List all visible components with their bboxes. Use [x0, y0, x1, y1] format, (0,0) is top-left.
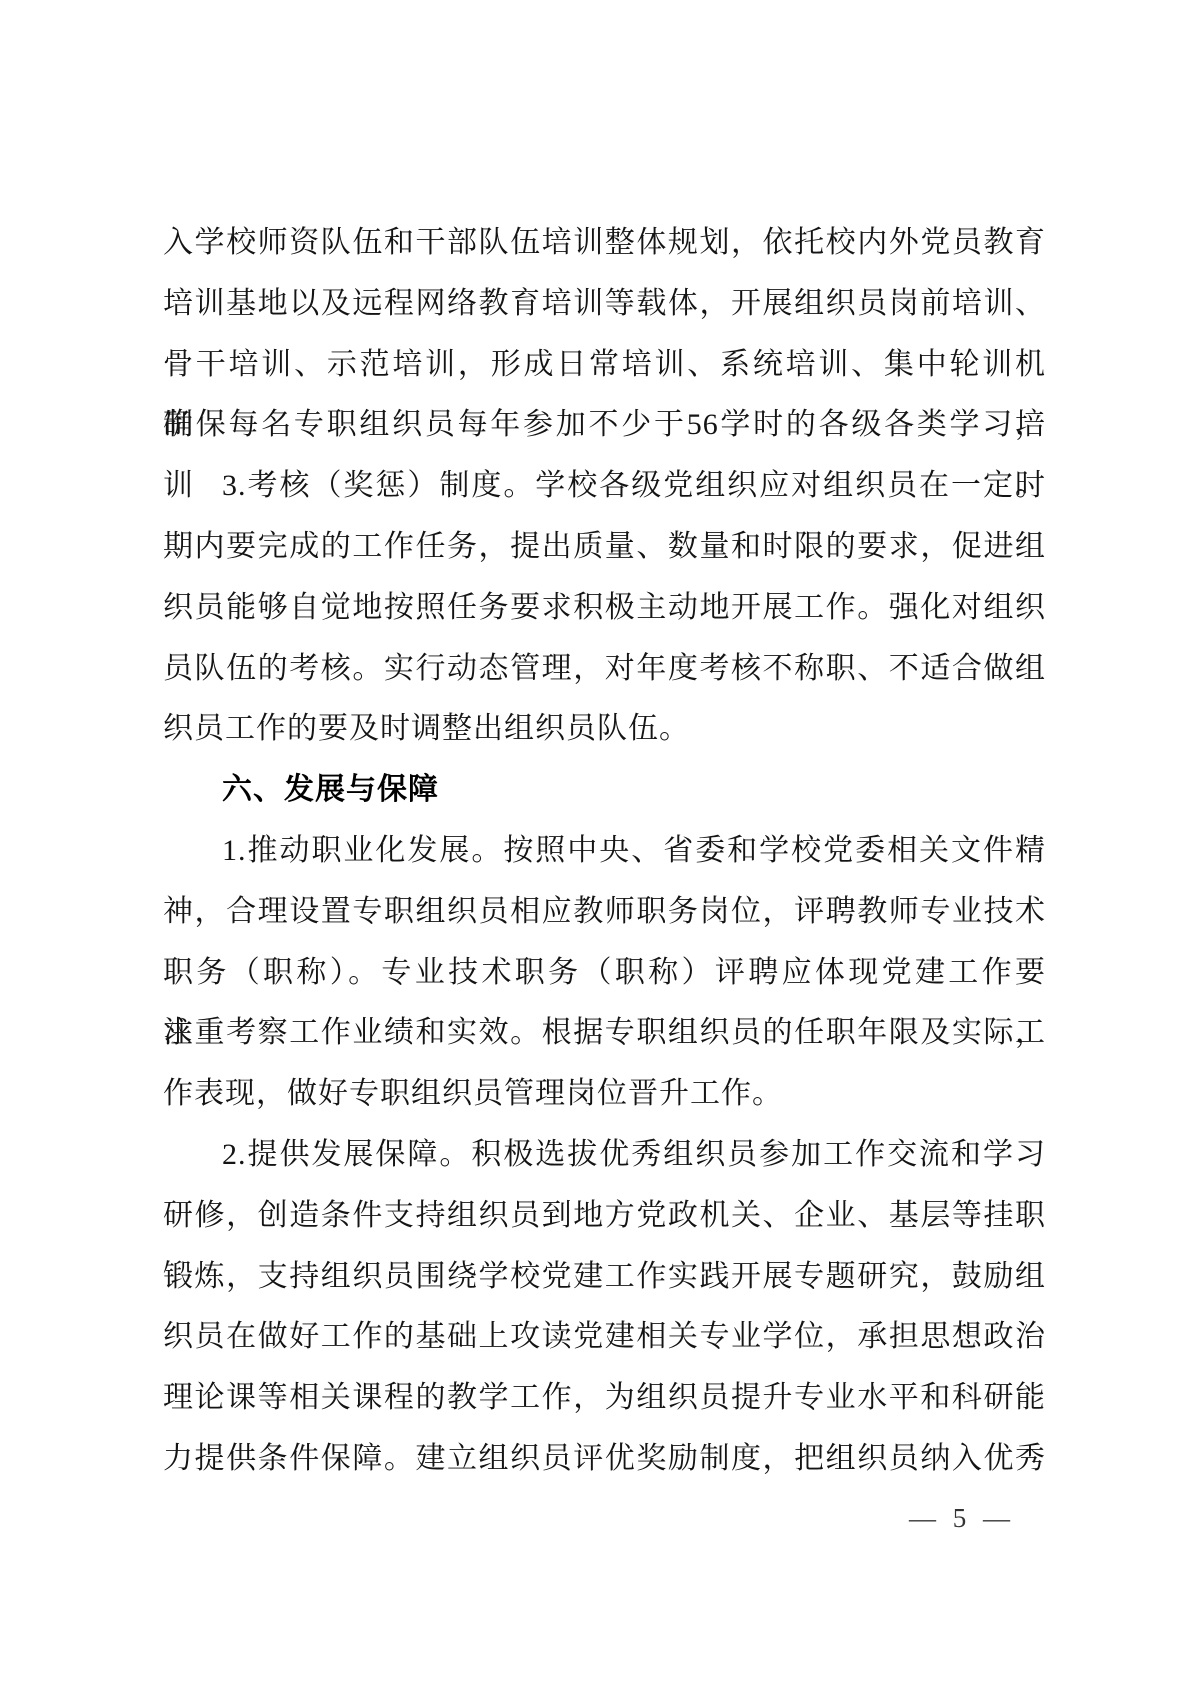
text-line: 研修，创造条件支持组织员到地方党政机关、企业、基层等挂职: [163, 1186, 1046, 1247]
text-line: 织员在做好工作的基础上攻读党建相关专业学位，承担思想政治: [163, 1307, 1046, 1368]
text-line: 织员能够自觉地按照任务要求积极主动地开展工作。强化对组织: [163, 578, 1046, 639]
text-line: 期内要完成的工作任务，提出质量、数量和时限的要求，促进组: [163, 517, 1046, 578]
text-line: 培训基地以及远程网络教育培训等载体，开展组织员岗前培训、: [163, 274, 1046, 335]
text-line: 2.提供发展保障。积极选拔优秀组织员参加工作交流和学习: [163, 1125, 1046, 1186]
text-line: 员队伍的考核。实行动态管理，对年度考核不称职、不适合做组: [163, 639, 1046, 700]
page-number: — 5 —: [909, 1496, 1015, 1540]
text-line: 作表现，做好专职组织员管理岗位晋升工作。: [163, 1064, 1046, 1125]
text-line: 力提供条件保障。建立组织员评优奖励制度，把组织员纳入优秀: [163, 1429, 1046, 1490]
text-line: 职务（职称）。专业技术职务（职称）评聘应体现党建工作要求，: [163, 943, 1046, 1004]
text-line: 神，合理设置专职组织员相应教师职务岗位，评聘教师专业技术: [163, 882, 1046, 943]
text-line: 骨干培训、示范培训，形成日常培训、系统培训、集中轮训机制，: [163, 335, 1046, 396]
text-line: 3.考核（奖惩）制度。学校各级党组织应对组织员在一定时: [163, 456, 1046, 517]
text-line: 确保每名专职组织员每年参加不少于56学时的各级各类学习培训。: [163, 395, 1046, 456]
document-page: 入学校师资队伍和干部队伍培训整体规划，依托校内外党员教育培训基地以及远程网络教育…: [0, 0, 1190, 1683]
text-line: 锻炼，支持组织员围绕学校党建工作实践开展专题研究，鼓励组: [163, 1247, 1046, 1308]
text-line: 入学校师资队伍和干部队伍培训整体规划，依托校内外党员教育: [163, 213, 1046, 274]
text-line: 1.推动职业化发展。按照中央、省委和学校党委相关文件精: [163, 821, 1046, 882]
section-heading: 六、发展与保障: [163, 760, 1046, 821]
text-line: 注重考察工作业绩和实效。根据专职组织员的任职年限及实际工: [163, 1003, 1046, 1064]
text-line: 理论课等相关课程的教学工作，为组织员提升专业水平和科研能: [163, 1368, 1046, 1429]
text-line: 织员工作的要及时调整出组织员队伍。: [163, 699, 1046, 760]
document-body: 入学校师资队伍和干部队伍培训整体规划，依托校内外党员教育培训基地以及远程网络教育…: [163, 213, 1046, 1490]
